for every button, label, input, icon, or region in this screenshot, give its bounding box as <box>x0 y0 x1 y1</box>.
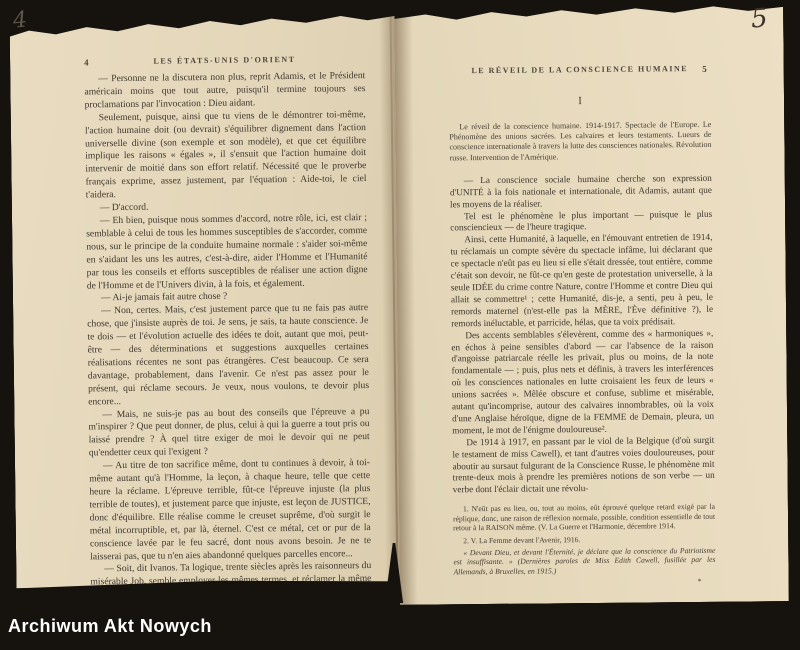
handwritten-folio-number-left: 4 <box>12 7 29 33</box>
archive-watermark: Archiwum Akt Nowych <box>8 616 212 637</box>
page-body-right: — La conscience sociale humaine cherche … <box>450 173 715 497</box>
footnote: 2. V. La Femme devant l'Avenir, 1916. <box>453 533 715 545</box>
paragraph: Ainsi, cette Humanité, à laquelle, en l'… <box>450 232 713 330</box>
page-body-left: — Personne ne la discutera non plus, rep… <box>84 70 371 588</box>
handwritten-folio-number-right: 5 <box>750 3 769 34</box>
printer-mark: * <box>454 577 716 589</box>
book-page-right: LE RÉVEIL DE LA CONSCIENCE HUMAINE 5 I L… <box>394 5 789 605</box>
printed-page-number-right: 5 <box>702 64 707 74</box>
paragraph: — Au titre de ton sacrifice même, dont t… <box>89 457 371 564</box>
paragraph: — Personne ne la discutera non plus, rep… <box>84 70 365 112</box>
footnote-quote: « Devant Dieu, et devant l'Éternité, je … <box>453 546 715 577</box>
archival-book-scan: 4 LES ÉTATS-UNIS D'ORIENT — Personne ne … <box>0 0 800 650</box>
running-title-right: LE RÉVEIL DE LA CONSCIENCE HUMAINE <box>471 64 688 75</box>
printed-page-number-left: 4 <box>84 57 89 67</box>
paragraph: Tel est le phénomène le plus important —… <box>450 208 712 234</box>
paragraph: — Mais, ne suis-je pas au bout des conse… <box>88 406 370 461</box>
paragraph: — Soit, dit Ivanos. Ta logique, trente s… <box>90 560 371 588</box>
running-header-left: 4 LES ÉTATS-UNIS D'ORIENT <box>84 54 365 66</box>
page-column-right: LE RÉVEIL DE LA CONSCIENCE HUMAINE 5 I L… <box>449 64 716 589</box>
book-page-left: 4 LES ÉTATS-UNIS D'ORIENT — Personne ne … <box>10 14 402 589</box>
paragraph: Seulement, puisque, ainsi que tu viens d… <box>85 109 367 203</box>
chapter-summary: Le réveil de la conscience humaine. 1914… <box>449 120 711 163</box>
running-title-left: LES ÉTATS-UNIS D'ORIENT <box>153 55 295 66</box>
paragraph: De 1914 à 1917, en passant par le viol d… <box>452 435 715 497</box>
paragraph: Des accents semblables s'élevèrent, comm… <box>451 327 714 437</box>
running-header-right: LE RÉVEIL DE LA CONSCIENCE HUMAINE 5 <box>449 64 711 79</box>
footnotes: 1. N'eût pas eu lieu, ou, tout au moins,… <box>453 502 716 576</box>
paragraph: — Non, certes. Mais, c'est justement par… <box>87 302 369 409</box>
footnote: 1. N'eût pas eu lieu, ou, tout au moins,… <box>453 502 715 533</box>
paragraph: — Eh bien, puisque nous sommes d'accord,… <box>86 212 368 293</box>
chapter-number: I <box>449 94 711 109</box>
paragraph: — La conscience sociale humaine cherche … <box>450 173 712 211</box>
